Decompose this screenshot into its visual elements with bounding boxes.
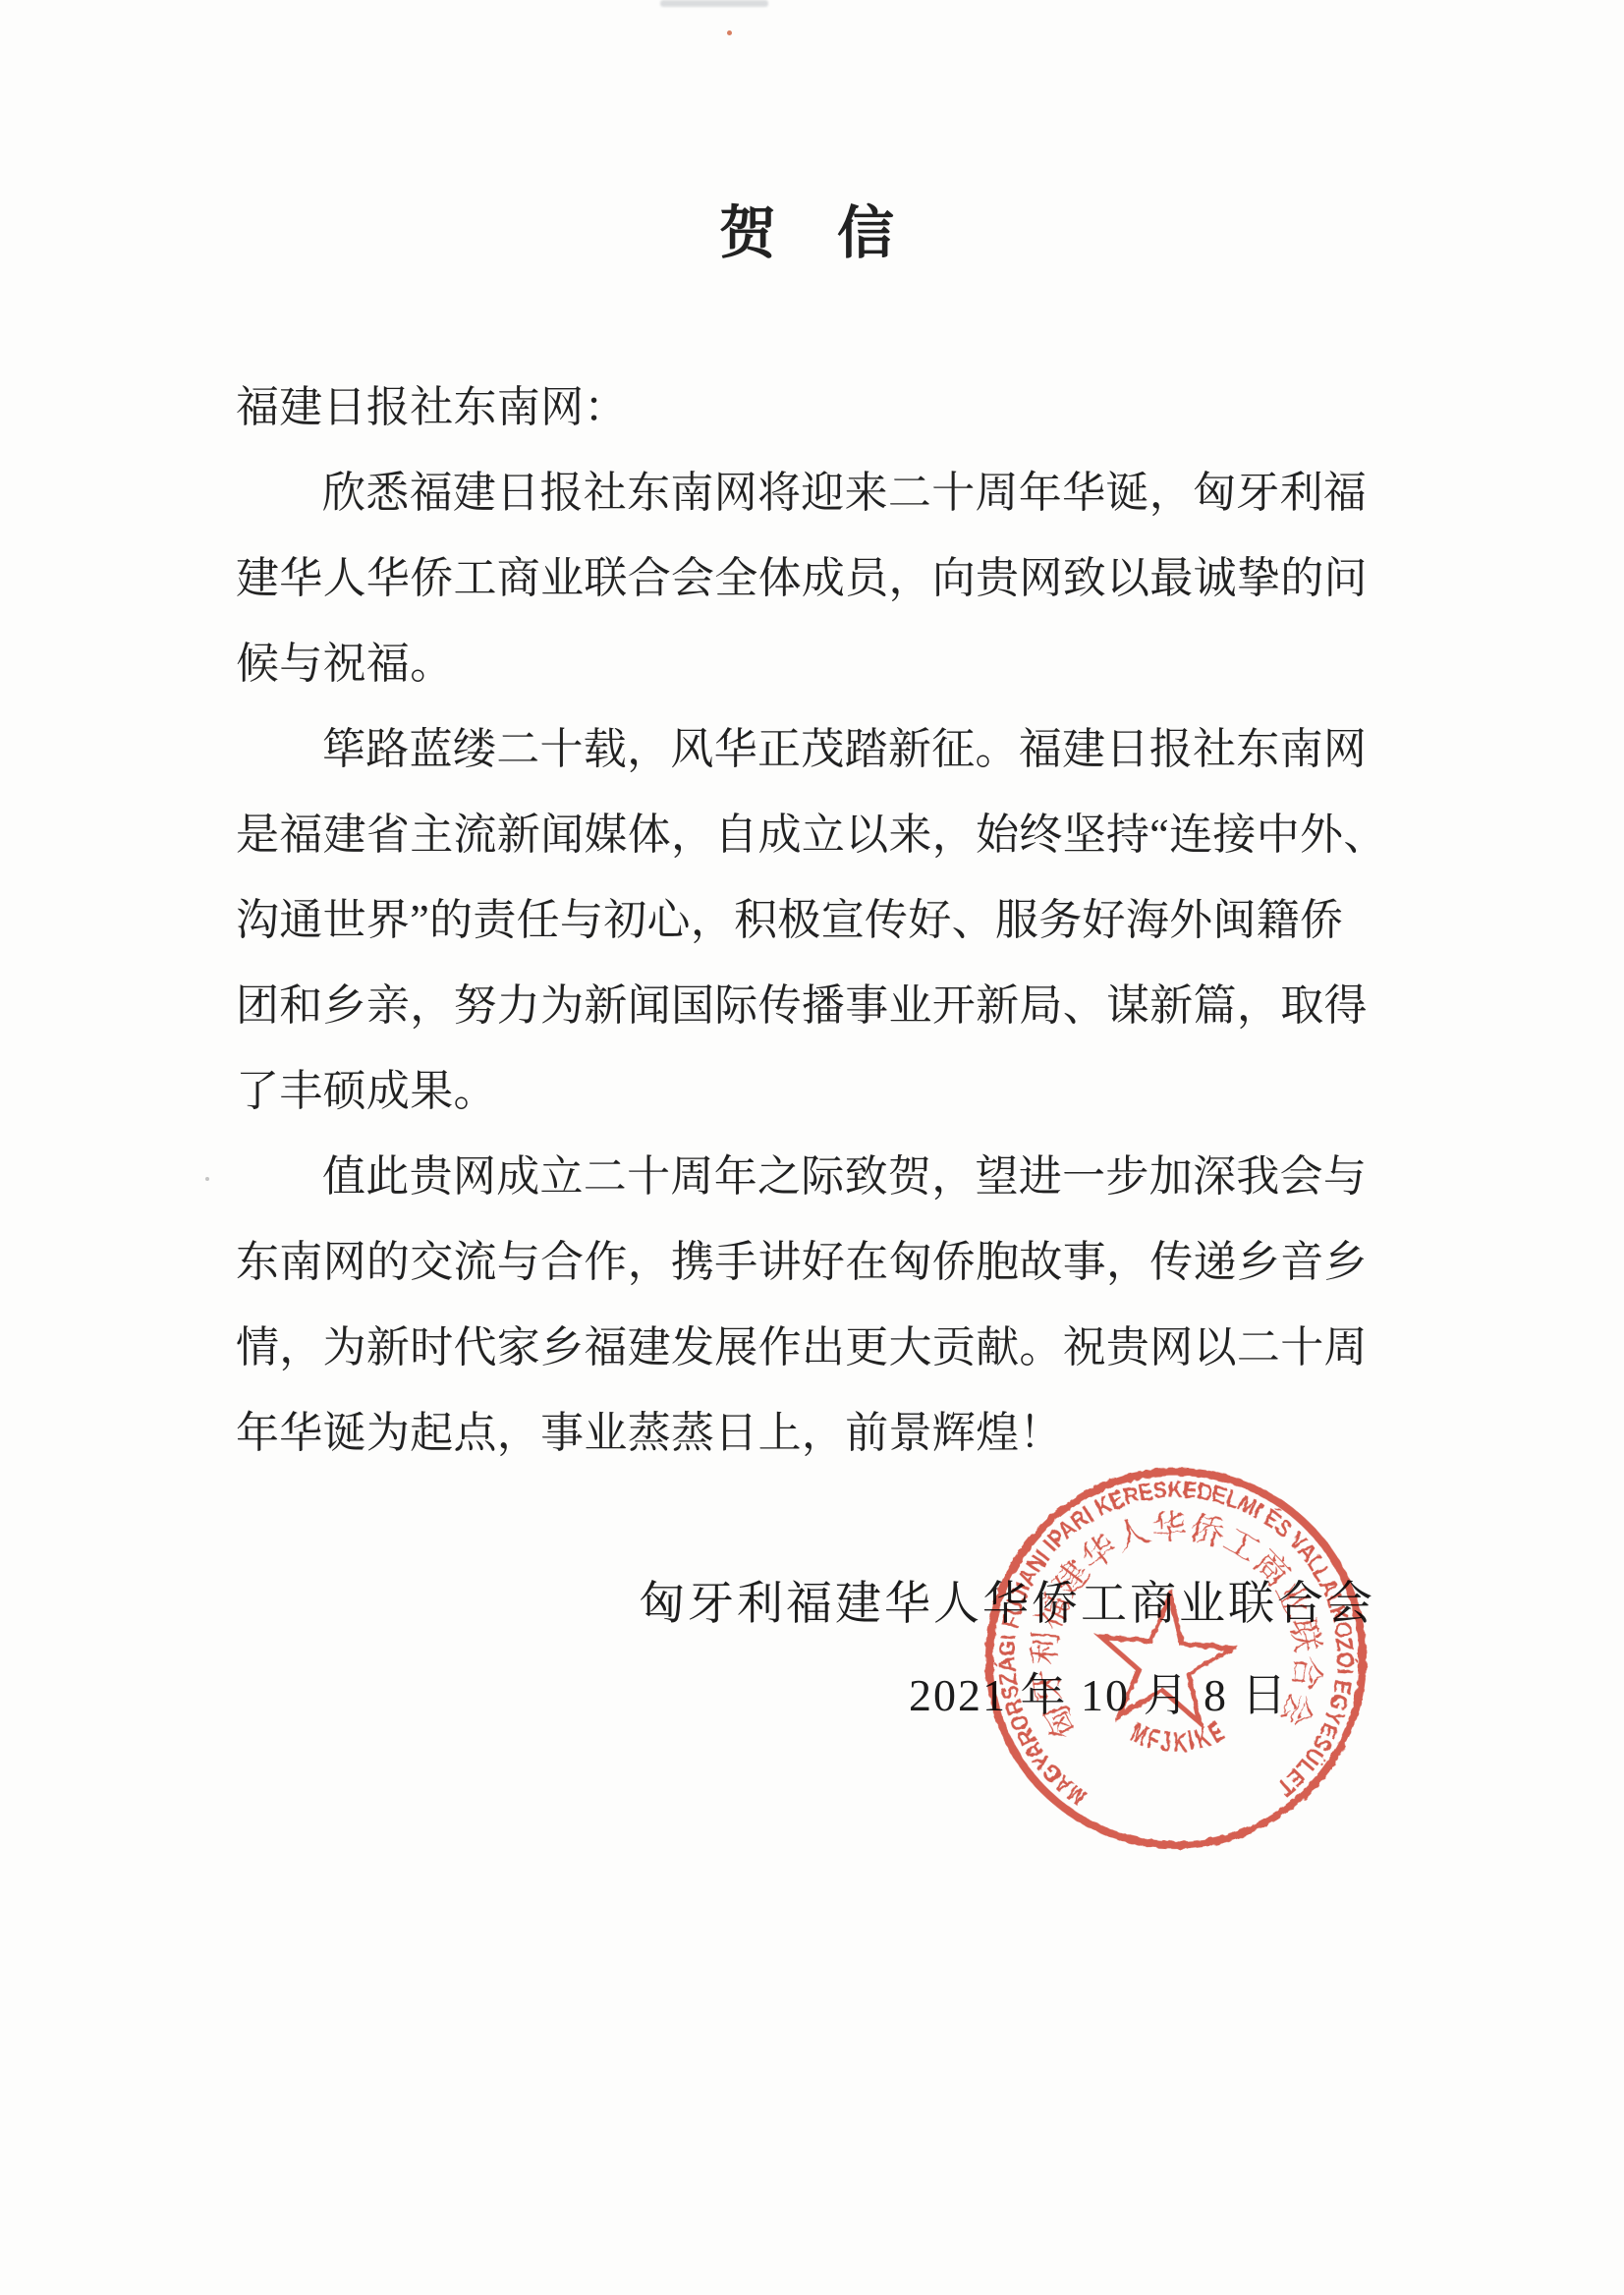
paragraph-line: 情，为新时代家乡福建发展作出更大贡献。祝贵网以二十周 [236, 1305, 1415, 1390]
paragraph-line: 建华人华侨工商业联合会全体成员，向贵网致以最诚挚的问 [236, 535, 1415, 621]
paragraph-line: 筚路蓝缕二十载，风华正茂踏新征。福建日报社东南网 [236, 706, 1415, 792]
paragraph-line: 值此贵网成立二十周年之际致贺，望进一步加深我会与 [236, 1134, 1415, 1219]
paragraph-line: 东南网的交流与合作，携手讲好在匈侨胞故事，传递乡音乡 [236, 1219, 1415, 1305]
scan-artifact-red-dot [727, 30, 732, 35]
paragraph-line: 是福建省主流新闻媒体，自成立以来，始终坚持“连接中外、 [236, 792, 1415, 877]
paragraph-line: 团和乡亲，努力为新闻国际传播事业开新局、谋新篇，取得 [236, 963, 1415, 1048]
letter-title: 贺 信 [236, 202, 1379, 265]
letter-body: 福建日报社东南网： 欣悉福建日报社东南网将迎来二十周年华诞，匈牙利福 建华人华侨… [236, 364, 1415, 1476]
paragraph-line: 候与祝福。 [236, 621, 1415, 706]
scan-artifact-gray-dot [205, 1177, 209, 1181]
paragraph-line: 了丰硕成果。 [236, 1048, 1415, 1134]
letter-page: 贺 信 福建日报社东南网： 欣悉福建日报社东南网将迎来二十周年华诞，匈牙利福 建… [0, 0, 1624, 2295]
paragraph-line: 沟通世界”的责任与初心，积极宣传好、服务好海外闽籍侨 [236, 877, 1415, 963]
scan-artifact-smudge [660, 0, 768, 7]
paragraph-line: 欣悉福建日报社东南网将迎来二十周年华诞，匈牙利福 [236, 450, 1415, 535]
seal-acronym-text: MFJKIKE [1125, 1713, 1234, 1761]
star-icon [1099, 1594, 1234, 1726]
official-seal-stamp: MAGYARORSZÁGI FUJIANI IPARI KERESKEDELMI… [973, 1455, 1379, 1862]
salutation: 福建日报社东南网： [236, 364, 1415, 450]
